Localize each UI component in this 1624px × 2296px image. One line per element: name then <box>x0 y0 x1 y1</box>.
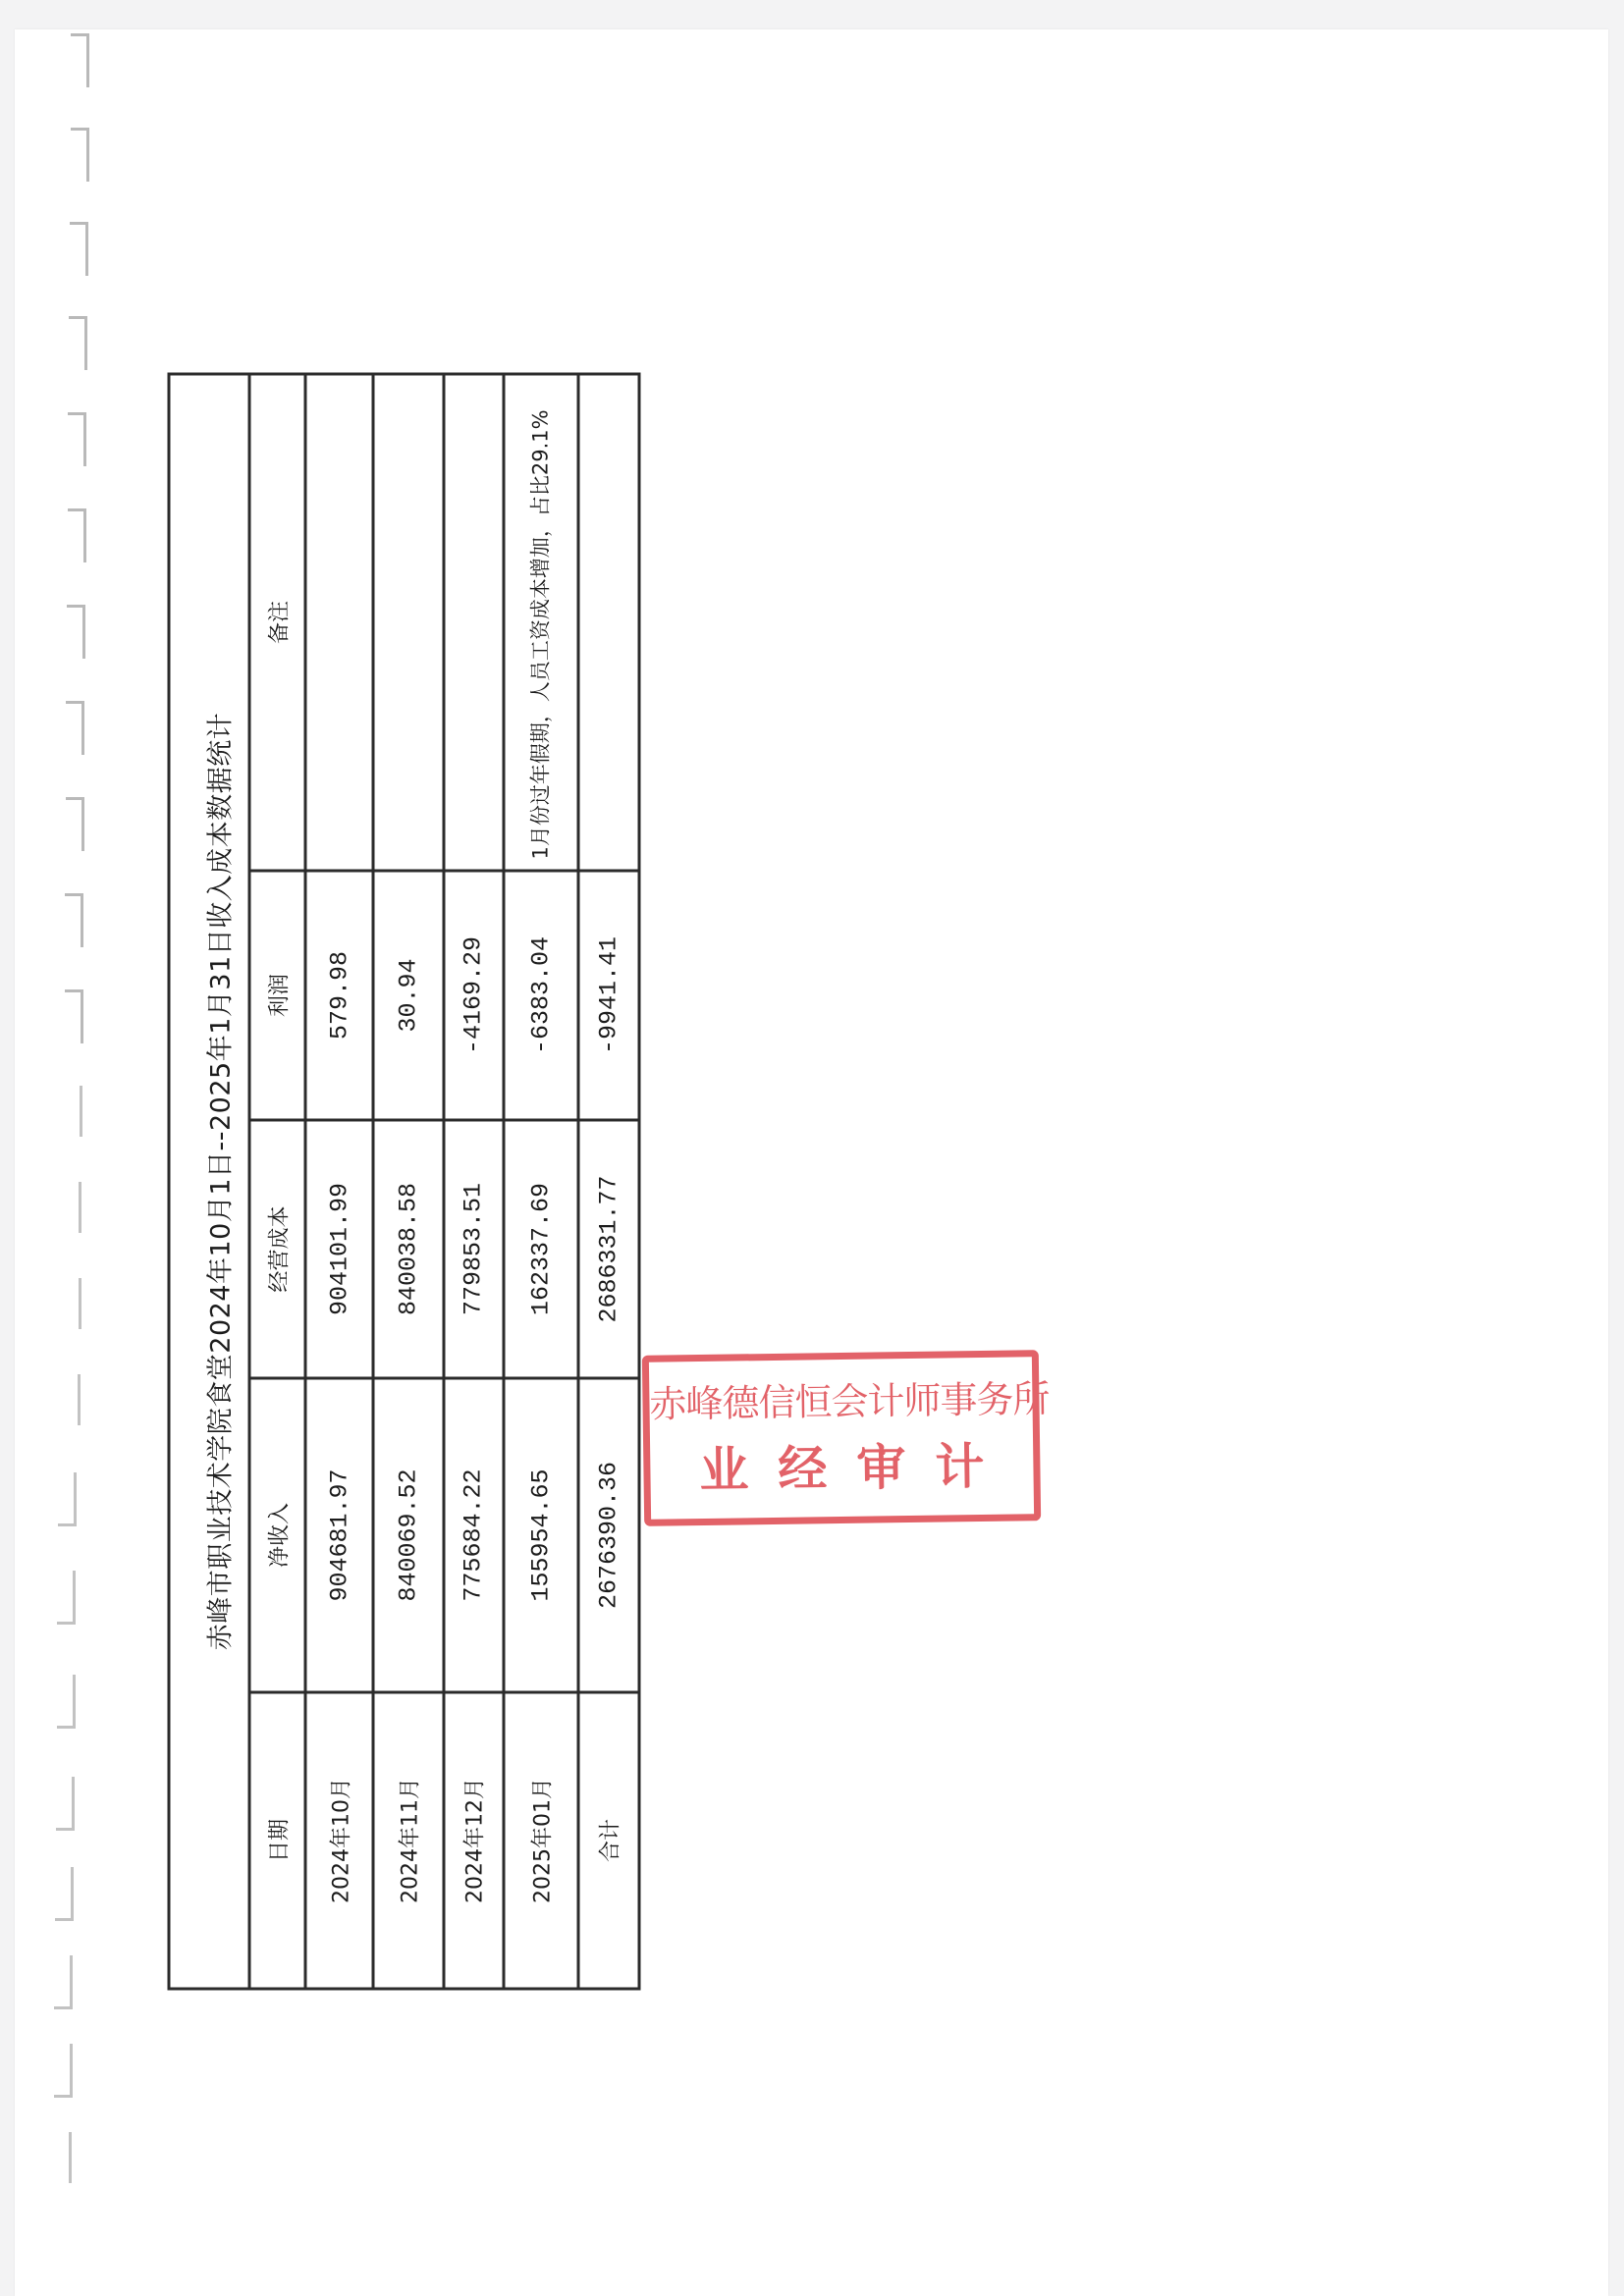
binding-mark <box>56 1777 75 1831</box>
cell-remarks <box>305 373 373 870</box>
binding-mark <box>71 128 89 182</box>
table-row: 2024年11月 840069.52 840038.58 30.94 <box>373 373 444 1988</box>
header-remarks: 备注 <box>249 373 305 870</box>
cell-profit: -6383.04 <box>503 871 578 1120</box>
cell-remarks: 1月份过年假期，人员工资成本增加，占比29.1% <box>503 373 578 870</box>
cell-profit: -4169.29 <box>444 871 504 1120</box>
cell-net-income: 840069.52 <box>373 1378 444 1692</box>
cell-profit: 30.94 <box>373 871 444 1120</box>
cell-net-income: 155954.65 <box>503 1378 578 1692</box>
binding-mark <box>79 1182 81 1233</box>
binding-mark <box>78 1374 81 1425</box>
header-operating-cost: 经营成本 <box>249 1120 305 1378</box>
statistics-table-container: 赤峰市职业技术学院食堂2024年10月1日--2025年1月31日收入成本数据统… <box>167 375 640 1990</box>
cell-total-label: 合计 <box>578 1692 639 1989</box>
binding-mark <box>65 989 83 1043</box>
cell-net-income: 775684.22 <box>444 1378 504 1692</box>
cell-remarks <box>444 373 504 870</box>
binding-mark <box>69 316 87 370</box>
cell-net-income: 904681.97 <box>305 1378 373 1692</box>
binding-mark <box>54 1955 73 2009</box>
cell-operating-cost: 904101.99 <box>305 1120 373 1378</box>
cell-date: 2024年12月 <box>444 1692 504 1989</box>
binding-mark <box>57 1675 76 1729</box>
binding-mark <box>69 2132 72 2183</box>
stamp-firm-name: 赤峰德信恒会计师事务所 <box>649 1368 1033 1427</box>
binding-mark <box>68 412 86 466</box>
binding-mark <box>68 508 86 562</box>
binding-mark <box>70 222 88 276</box>
cell-date: 2024年11月 <box>373 1692 444 1989</box>
header-net-income: 净收入 <box>249 1378 305 1692</box>
binding-mark <box>66 701 84 755</box>
cell-remarks <box>373 373 444 870</box>
binding-mark <box>57 1571 76 1625</box>
cell-date: 2024年10月 <box>305 1692 373 1989</box>
cell-operating-cost: 779853.51 <box>444 1120 504 1378</box>
binding-mark <box>65 893 83 947</box>
binding-mark <box>79 1278 81 1329</box>
cell-operating-cost: 840038.58 <box>373 1120 444 1378</box>
binding-mark <box>54 2044 73 2098</box>
header-date: 日期 <box>249 1692 305 1989</box>
cell-profit: 579.98 <box>305 871 373 1120</box>
table-row: 2025年01月 155954.65 162337.69 -6383.04 1月… <box>503 373 578 1988</box>
binding-mark <box>55 1867 74 1921</box>
binding-mark <box>66 797 84 851</box>
income-cost-table: 赤峰市职业技术学院食堂2024年10月1日--2025年1月31日收入成本数据统… <box>167 372 640 1990</box>
table-row-total: 合计 2676390.36 2686331.77 -9941.41 <box>578 373 639 1988</box>
binding-mark <box>71 33 89 87</box>
header-row: 日期 净收入 经营成本 利润 备注 <box>249 373 305 1988</box>
cell-date: 2025年01月 <box>503 1692 578 1989</box>
header-profit: 利润 <box>249 871 305 1120</box>
stamp-audited-label: 业经审计 <box>650 1426 1034 1502</box>
binding-mark <box>67 605 85 659</box>
cell-remarks <box>578 373 639 870</box>
cell-operating-cost: 162337.69 <box>503 1120 578 1378</box>
binding-mark <box>58 1472 77 1526</box>
binding-mark <box>80 1086 82 1137</box>
table-title: 赤峰市职业技术学院食堂2024年10月1日--2025年1月31日收入成本数据统… <box>169 373 249 1988</box>
cell-profit: -9941.41 <box>578 871 639 1120</box>
audit-stamp: 赤峰德信恒会计师事务所 业经审计 <box>642 1350 1041 1526</box>
table-row: 2024年12月 775684.22 779853.51 -4169.29 <box>444 373 504 1988</box>
cell-operating-cost: 2686331.77 <box>578 1120 639 1378</box>
table-row: 2024年10月 904681.97 904101.99 579.98 <box>305 373 373 1988</box>
cell-net-income: 2676390.36 <box>578 1378 639 1692</box>
